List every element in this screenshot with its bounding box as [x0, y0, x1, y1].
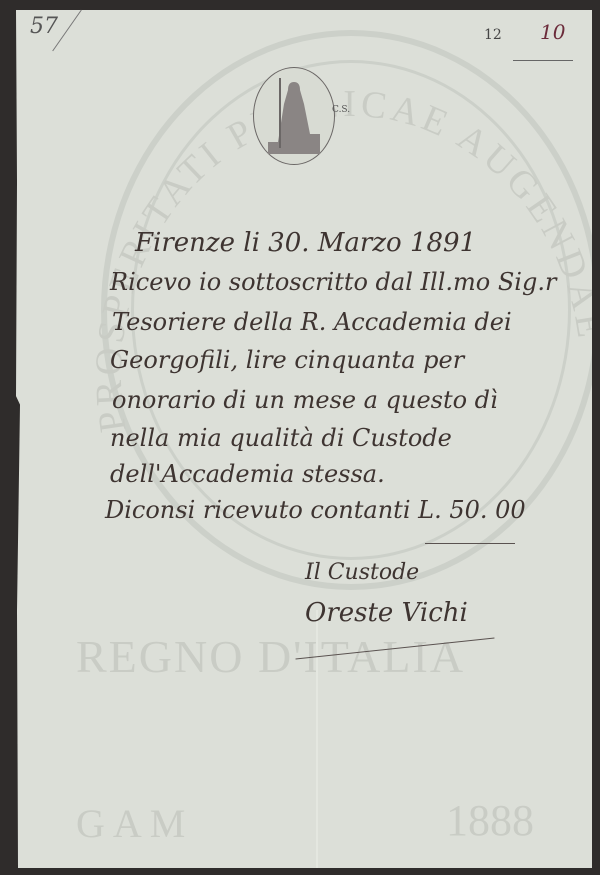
watermark-year: 1888: [446, 795, 534, 846]
folio-underline: [513, 60, 573, 61]
body-line-6: dell'Accademia stessa.: [110, 460, 385, 488]
folio-number: 10: [540, 20, 565, 44]
stamp-medallion-icon: [253, 67, 335, 165]
amount-line: Diconsi ricevuto contanti L. 50. 00: [105, 496, 526, 524]
signature-title: Il Custode: [305, 560, 419, 585]
signature-top-rule: [425, 543, 515, 544]
body-line-1: Ricevo io sottoscritto dal Ill.mo Sig.r: [110, 268, 556, 296]
archive-number: 57: [30, 14, 58, 39]
body-line-4: onorario di un mese a questo dì: [112, 386, 498, 414]
paper-fold: [316, 610, 318, 875]
svg-text:PROSPERITATI PUBLICAE AUGENDAE: PROSPERITATI PUBLICAE AUGENDAE: [88, 83, 600, 435]
body-line-5: nella mia qualità di Custode: [110, 424, 452, 452]
watermark-gam: GAM: [76, 800, 193, 847]
printed-number: 12: [484, 27, 502, 43]
signature-name: Oreste Vichi: [305, 598, 468, 628]
medallion-initials: C.S.: [332, 105, 350, 115]
watermark-regno: REGNO D'ITALIA: [76, 630, 465, 683]
body-line-3: Georgofili, lire cinquanta per: [110, 346, 464, 374]
date-line: Firenze li 30. Marzo 1891: [135, 228, 476, 258]
body-line-2: Tesoriere della R. Accademia dei: [112, 308, 512, 336]
